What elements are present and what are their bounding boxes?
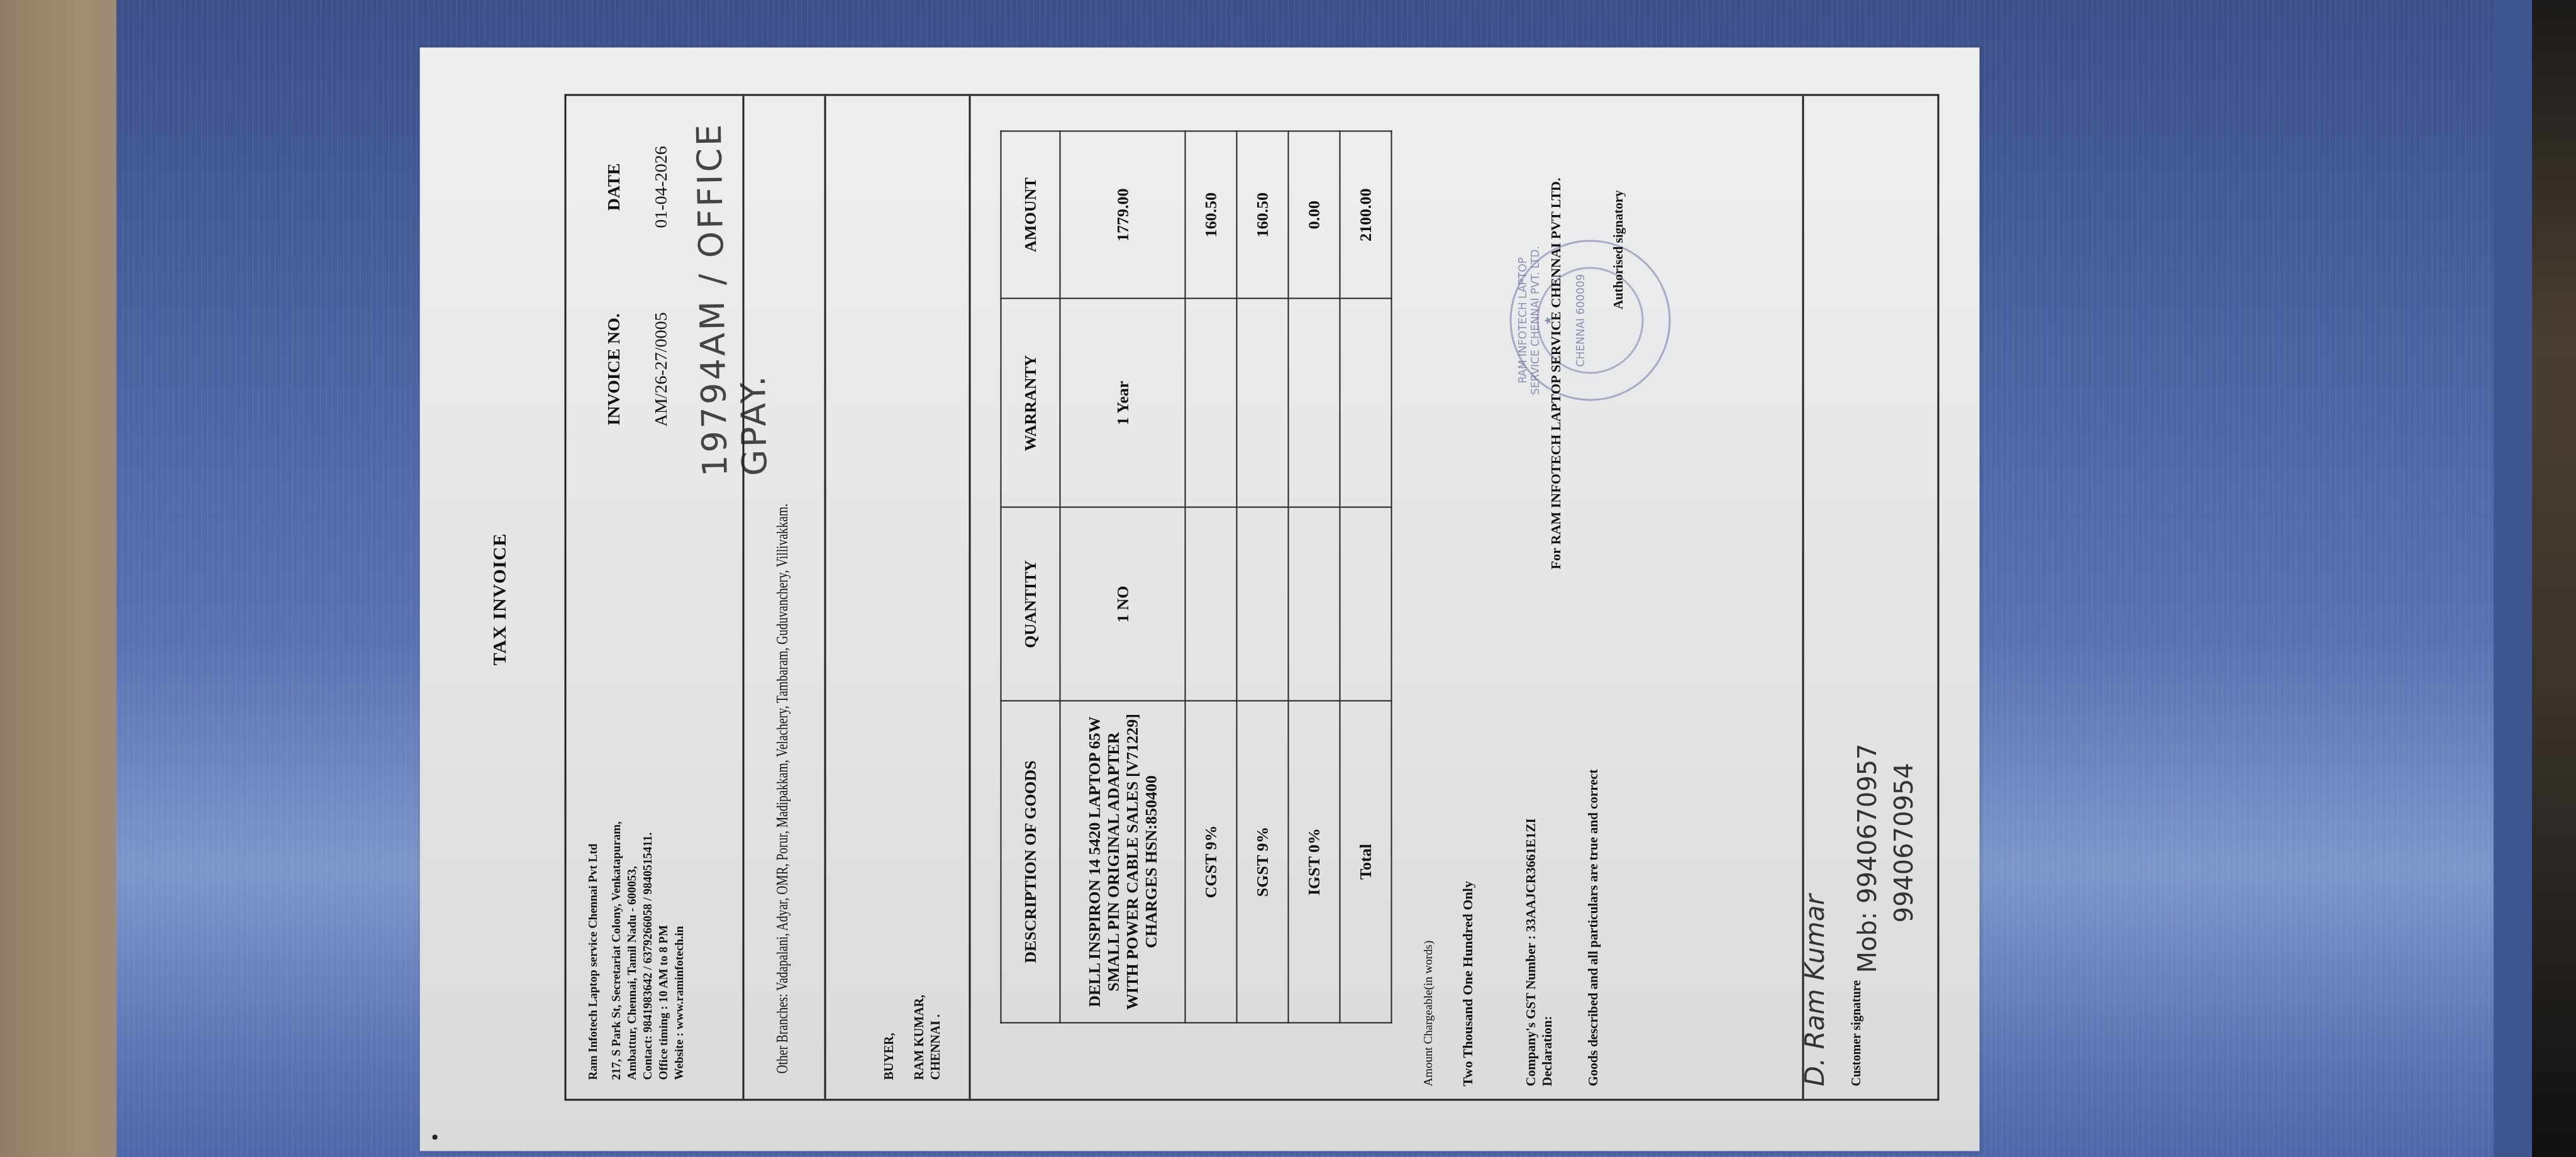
- tax-amount-sgst: 160.50: [1237, 131, 1289, 299]
- col-warranty: WARRANTY: [1001, 299, 1060, 507]
- company-address-2: Ambattur, Chennai, Tamil Nadu - 600053,: [625, 640, 640, 1080]
- item-description: DELL INSPIRON 14 5420 LAPTOP 65W SMALL P…: [1060, 701, 1185, 1023]
- invoice-paper: TAX INVOICE Ram Infotech Laptop service …: [420, 48, 1980, 1151]
- stamp-center-text: CHENNAI 600009: [1575, 242, 1587, 399]
- customer-phone-numbers: Mob: 9940670957 9940670954: [1850, 743, 1923, 973]
- table-row: SGST 9% 160.50: [1237, 131, 1289, 1023]
- company-name: Ram Infotech Laptop service Chennai Pvt …: [586, 640, 601, 1080]
- item-amount: 1779.00: [1060, 131, 1185, 299]
- tax-label-igst: IGST 0%: [1289, 701, 1340, 1023]
- customer-handwritten-signature: D. Ram Kumar: [1799, 894, 1830, 1086]
- table-total-row: Total 2100.00: [1340, 131, 1392, 1023]
- customer-signature-label: Customer signature: [1850, 980, 1864, 1087]
- company-stamp: RAM INFOTECH LAPTOP SERVICE CHENNAI PVT.…: [1510, 240, 1671, 401]
- col-amount: AMOUNT: [1001, 131, 1060, 299]
- buyer-name: RAM KUMAR,: [911, 995, 928, 1080]
- table-row: CGST 9% 160.50: [1185, 131, 1237, 1023]
- invoice-paper-wrapper: TAX INVOICE Ram Infotech Laptop service …: [420, 47, 1980, 1151]
- declaration-label: Declaration:: [1539, 818, 1555, 1086]
- item-warranty: 1 Year: [1060, 299, 1185, 507]
- col-quantity: QUANTITY: [1001, 507, 1060, 701]
- total-amount: 2100.00: [1340, 131, 1392, 299]
- company-address-1: 217, S Park St, Secretariat Colony, Venk…: [609, 640, 625, 1080]
- company-contact: Contact: 9841983642 / 6379266058 / 98405…: [640, 640, 656, 1080]
- company-block: Ram Infotech Laptop service Chennai Pvt …: [586, 640, 687, 1080]
- table-row: IGST 0% 0.00: [1289, 131, 1340, 1023]
- buyer-city: CHENNAI .: [928, 995, 944, 1080]
- company-website: Website : www.raminfotech.in: [672, 640, 687, 1080]
- items-table: DESCRIPTION OF GOODS QUANTITY WARRANTY A…: [1001, 131, 1392, 1024]
- buyer-divider: [969, 96, 971, 1099]
- tax-label-sgst: SGST 9%: [1237, 701, 1289, 1023]
- tax-label-cgst: CGST 9%: [1185, 701, 1237, 1023]
- buyer-block: BUYER, RAM KUMAR, CHENNAI .: [881, 995, 944, 1080]
- item-quantity: 1 NO: [1060, 507, 1185, 701]
- date-label: DATE: [604, 118, 625, 257]
- invoice-no-label: INVOICE NO.: [604, 282, 625, 458]
- buyer-label: BUYER,: [881, 995, 897, 1080]
- company-office-timing: Office timing : 10 AM to 8 PM: [656, 640, 672, 1080]
- customer-phone-2: 9940670954: [1886, 743, 1923, 973]
- amount-words-label: Amount Chargeable(in words): [1422, 941, 1436, 1087]
- background-right-edge: [2532, 0, 2576, 1157]
- gst-number: Company's GST Number : 33AAJCR3661E1ZI: [1523, 818, 1539, 1086]
- declaration-text: Goods described and all particulars are …: [1585, 769, 1601, 1086]
- table-row: DELL INSPIRON 14 5420 LAPTOP 65W SMALL P…: [1060, 131, 1185, 1023]
- invoice-frame: Ram Infotech Laptop service Chennai Pvt …: [565, 94, 1940, 1101]
- authorised-signatory: Authorised signatory: [1611, 191, 1626, 310]
- gst-block: Company's GST Number : 33AAJCR3661E1ZI D…: [1523, 818, 1555, 1086]
- invoice-no-value: AM/26-27/0005: [652, 269, 672, 470]
- table-header-row: DESCRIPTION OF GOODS QUANTITY WARRANTY A…: [1001, 131, 1060, 1023]
- customer-phone-1: Mob: 9940670957: [1850, 743, 1886, 973]
- for-company: For RAM INFOTECH LAPTOP SERVICE CHENNAI …: [1548, 178, 1564, 570]
- handwritten-payment-note: 19794AM / OFFICE GPAY.: [689, 98, 774, 477]
- total-label: Total: [1340, 701, 1392, 1023]
- col-description: DESCRIPTION OF GOODS: [1001, 701, 1060, 1023]
- header-divider: [743, 96, 745, 1099]
- amount-in-words: Two Thousand One Hundred Only: [1460, 881, 1476, 1086]
- background-wall: [0, 0, 126, 1157]
- other-branches: Other Branches: Vadapalani, Adyar, OMR, …: [774, 331, 792, 1074]
- invoice-title: TAX INVOICE: [489, 48, 511, 1151]
- paper-speck: [433, 1135, 438, 1140]
- date-value: 01-04-2026: [652, 118, 672, 257]
- tax-amount-igst: 0.00: [1289, 131, 1340, 299]
- tax-amount-cgst: 160.50: [1185, 131, 1237, 299]
- branches-divider: [824, 96, 826, 1099]
